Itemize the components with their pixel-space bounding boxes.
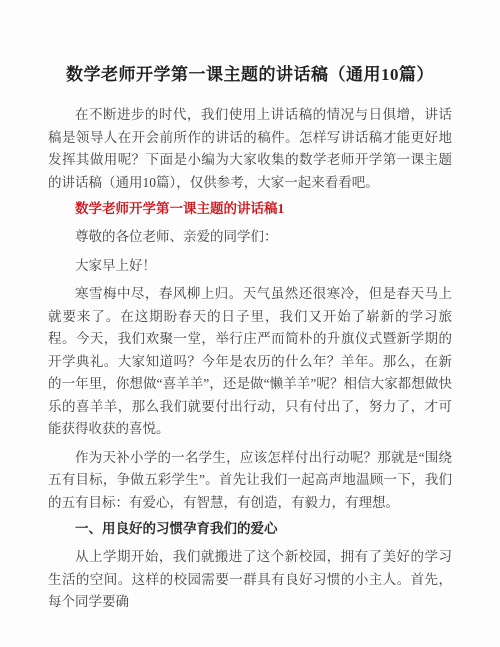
salutation-line: 尊敬的各位老师、亲爱的同学们： [48, 226, 452, 249]
sub-heading-good-habits: 一、用良好的习惯孕育我们的爱心 [48, 520, 452, 538]
greeting-line: 大家早上好！ [48, 255, 452, 278]
section-heading-speech-1: 数学老师开学第一课主题的讲话稿1 [48, 200, 452, 218]
intro-paragraph: 在不断进步的时代，我们使用上讲话稿的情况与日俱增，讲话稿是领导人在开会前所作的讲… [48, 104, 452, 194]
document-page: 数学老师开学第一课主题的讲话稿（通用10篇） 在不断进步的时代，我们使用上讲话稿… [0, 0, 500, 647]
document-title: 数学老师开学第一课主题的讲话稿（通用10篇） [48, 62, 452, 88]
body-paragraph-2: 作为天补小学的一名学生，应该怎样付出行动呢？那就是“围绕五有目标，争做五彩学生”… [48, 447, 452, 515]
body-paragraph-1: 寒雪梅中尽，春风柳上归。天气虽然还很寒冷，但是春天马上就要来了。在这期盼春天的日… [48, 283, 452, 441]
body-paragraph-3: 从上学期开始，我们就搬进了这个新校园，拥有了美好的学习生活的空间。这样的校园需要… [48, 546, 452, 614]
